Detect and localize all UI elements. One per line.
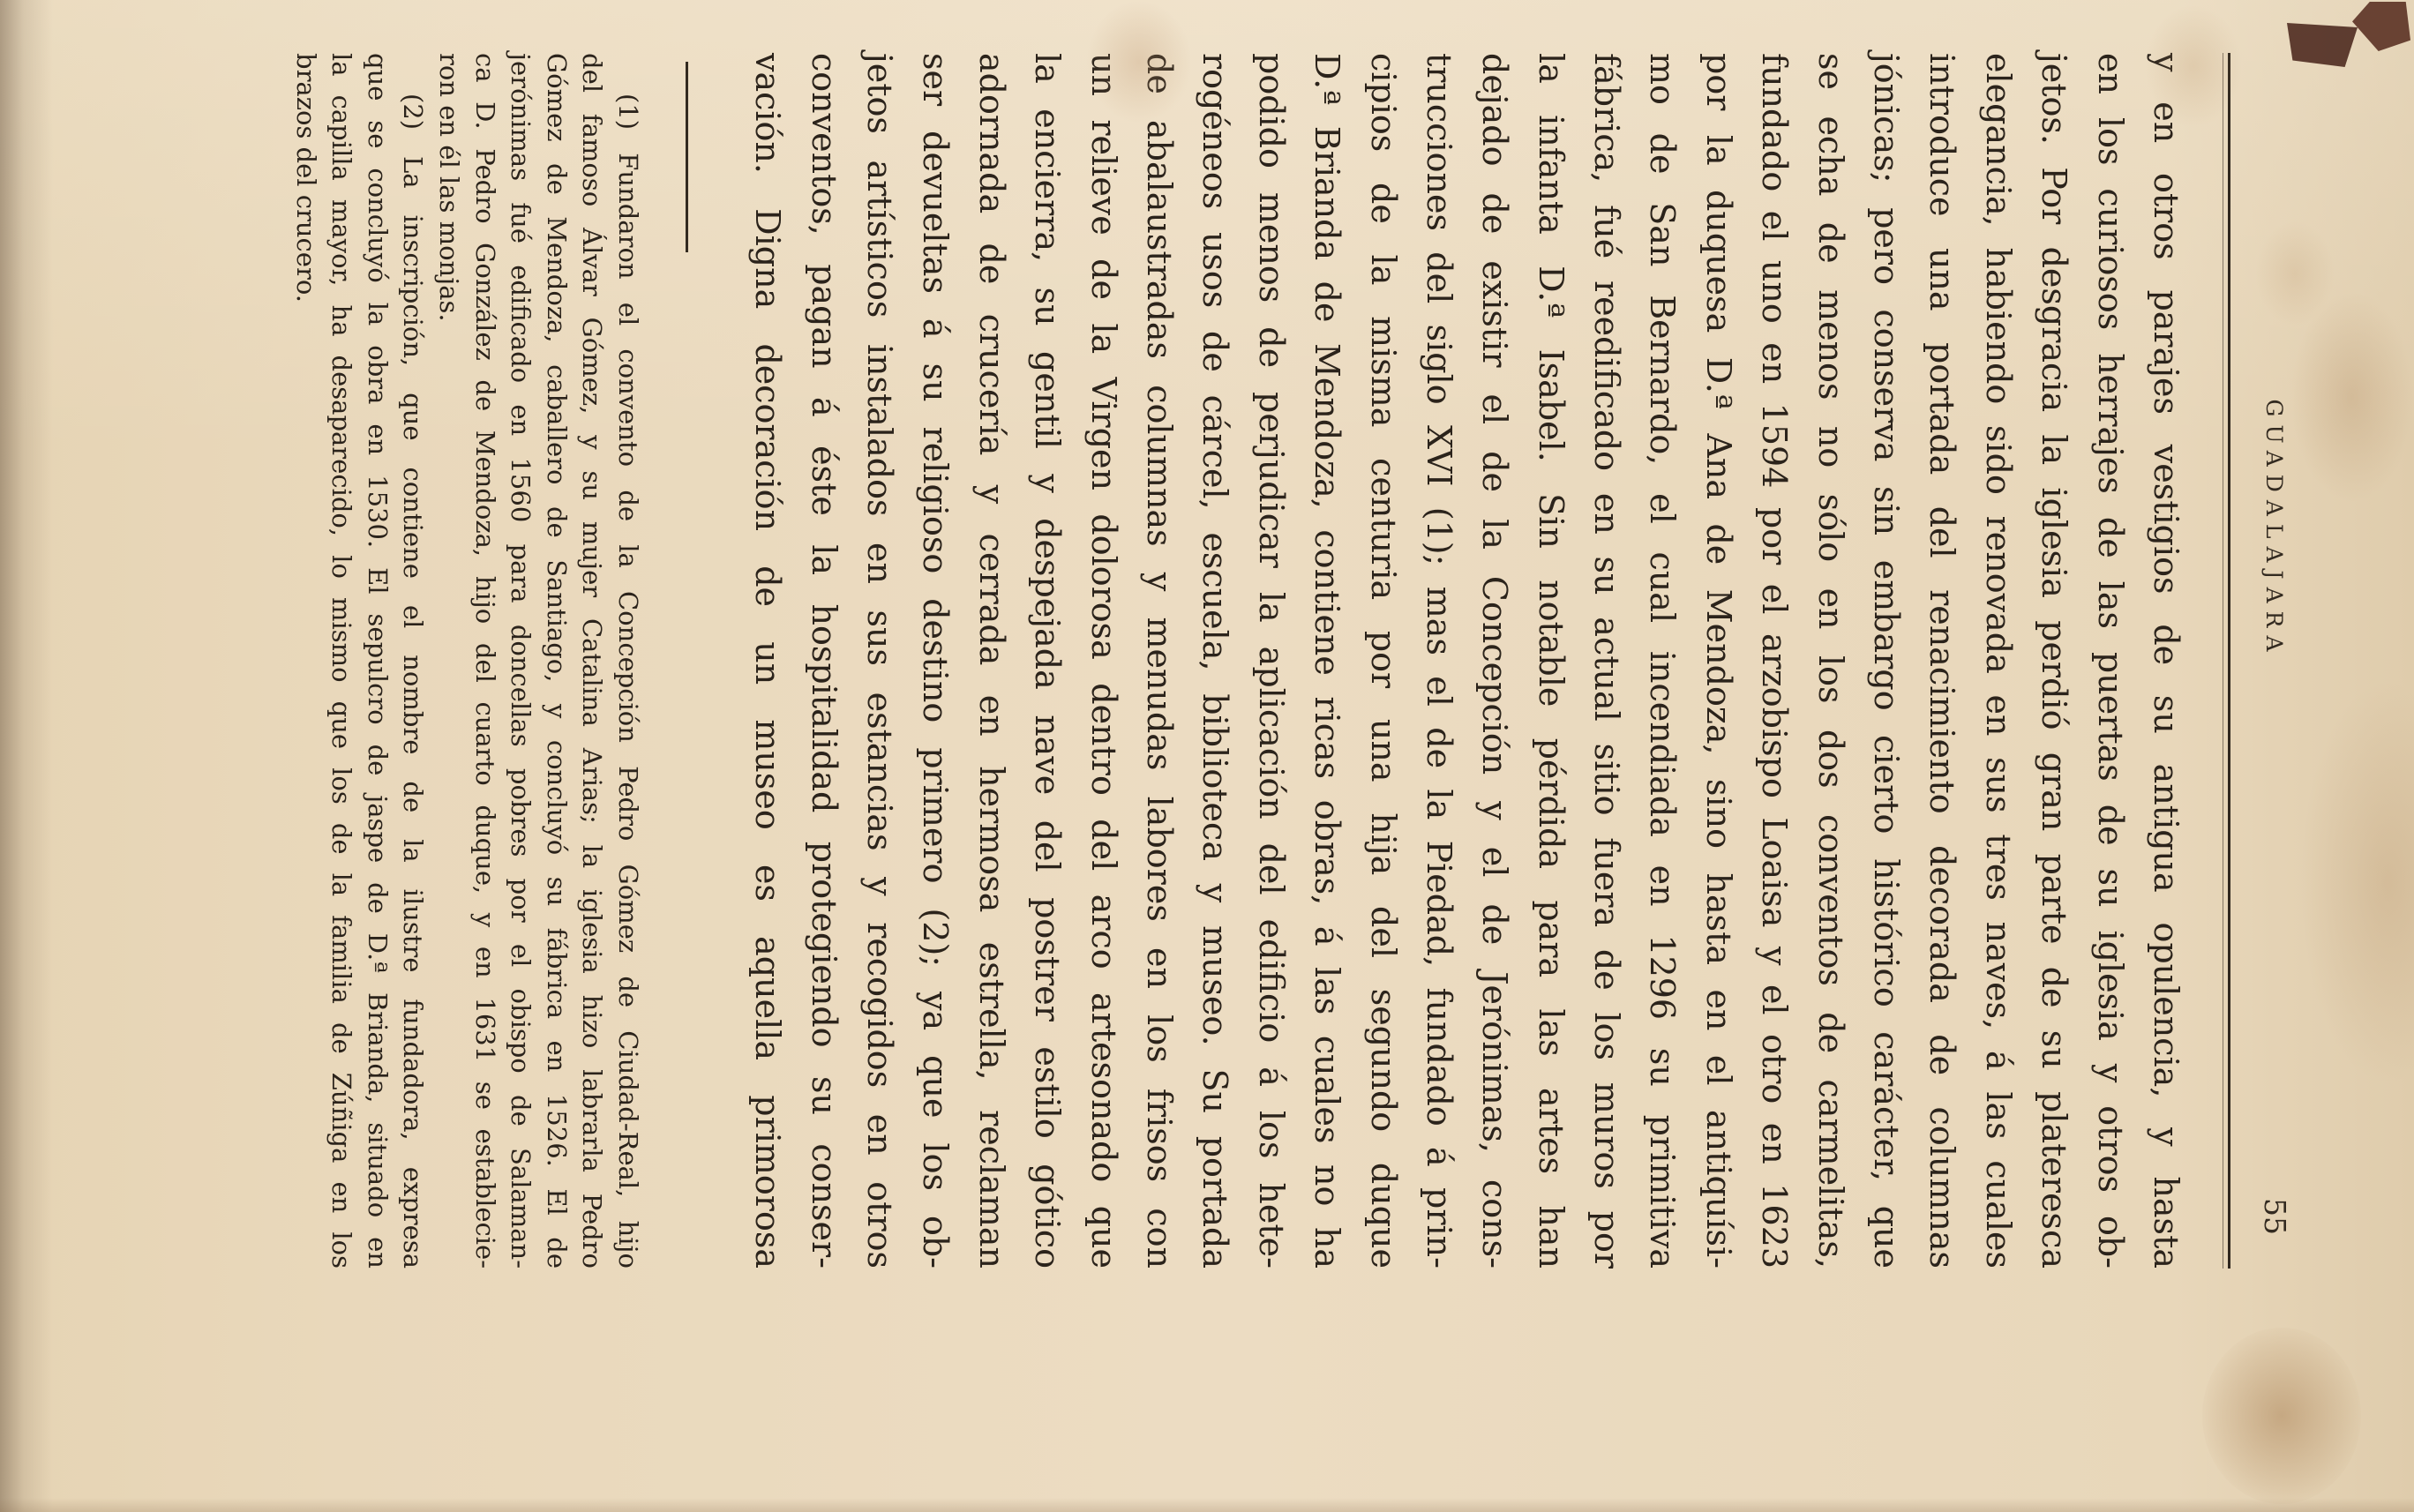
text-line: introduce una portada del renacimiento d… xyxy=(1914,53,1969,1269)
text-line: un relieve de la Virgen dolorosa dentro … xyxy=(1075,53,1130,1269)
text-line: la infanta D.ª Isabel. Sin notable pérdi… xyxy=(1522,53,1578,1269)
text-line: del famoso Álvar Gómez, y su mujer Catal… xyxy=(574,53,611,1269)
text-line: (2) La inscripción, que contiene el nomb… xyxy=(395,53,431,1269)
text-line: ser devueltas á su religioso destino pri… xyxy=(907,53,963,1269)
text-line: D.ª Brianda de Mendoza, contiene ricas o… xyxy=(1299,53,1354,1269)
footnotes-block: (1) Fundaron el convento de la Concepció… xyxy=(288,53,646,1269)
text-line: cipios de la misma centuria por una hija… xyxy=(1354,53,1410,1269)
text-line: la capilla mayor, ha desaparecido, lo mi… xyxy=(324,53,360,1269)
text-line: podido menos de perjudicar la aplicación… xyxy=(1242,53,1298,1269)
text-line: la encierra, su gentil y despejada nave … xyxy=(1019,53,1075,1269)
foxing-stain xyxy=(2202,1328,2361,1504)
text-line: rogéneos usos de cárcel, escuela, biblio… xyxy=(1187,53,1242,1269)
scanned-book-page-screenshot: GUADALAJARA 55 y en otros parajes vestig… xyxy=(0,0,2414,1512)
footnote-2: (2) La inscripción, que contiene el nomb… xyxy=(288,53,431,1269)
page-edge-shadow xyxy=(0,1498,2414,1512)
text-line: jetos. Por desgracia la iglesia perdió g… xyxy=(2026,53,2081,1269)
text-line: de abalaustradas columnas y menudas labo… xyxy=(1131,53,1187,1269)
footnote-separator-rule xyxy=(686,62,688,252)
header-rule-echo xyxy=(2223,53,2223,1269)
header-rule xyxy=(2228,53,2230,1269)
scan-corner-mark xyxy=(2352,2,2410,51)
text-line: (1) Fundaron el convento de la Concepció… xyxy=(610,53,646,1269)
text-line: brazos del crucero. xyxy=(288,53,324,1269)
main-text-block: y en otros parajes vestigios de su antig… xyxy=(739,53,2193,1269)
text-line: fábrica, fué reedificado en su actual si… xyxy=(1578,53,1634,1269)
text-line: trucciones del siglo XVI (1); mas el de … xyxy=(1411,53,1466,1269)
text-line: mo de San Bernardo, el cual incendiada e… xyxy=(1634,53,1690,1269)
text-line: vación. Digna decoración de un museo es … xyxy=(739,53,795,1269)
footnote-1: (1) Fundaron el convento de la Concepció… xyxy=(431,53,646,1269)
text-line: adornada de crucería y cerrada en hermos… xyxy=(963,53,1018,1269)
text-line: que se concluyó la obra en 1530. El sepu… xyxy=(359,53,395,1269)
foxing-stain xyxy=(2290,291,2414,503)
page-edge-shadow xyxy=(0,0,53,1512)
scan-corner-mark xyxy=(2287,23,2358,67)
text-line: jónicas; pero conserva sin embargo ciert… xyxy=(1858,53,1914,1269)
text-line: conventos, pagan á éste la hospitalidad … xyxy=(795,53,851,1269)
text-line: jetos artísticos instalados en sus estan… xyxy=(851,53,907,1269)
page-number: 55 xyxy=(2258,1198,2292,1235)
book-page-scan: GUADALAJARA 55 y en otros parajes vestig… xyxy=(0,0,2414,1512)
text-line: y en otros parajes vestigios de su antig… xyxy=(2138,53,2193,1269)
text-line: dejado de existir el de la Concepción y … xyxy=(1466,53,1522,1269)
text-line: Gómez de Mendoza, caballero de Santiago,… xyxy=(538,53,574,1269)
text-line: jerónimas fué edificado en 1560 para don… xyxy=(503,53,539,1269)
text-line: ron en él las monjas. xyxy=(431,53,467,1269)
text-line: se echa de menos no sólo en los dos conv… xyxy=(1802,53,1857,1269)
running-header-title: GUADALAJARA xyxy=(2261,0,2287,1059)
foxing-stain xyxy=(2299,679,2414,1085)
text-line: por la duquesa D.ª Ana de Mendoza, sino … xyxy=(1690,53,1745,1269)
text-line: elegancia, habiendo sido renovada en sus… xyxy=(1969,53,2025,1269)
text-line: fundado el uno en 1594 por el arzobispo … xyxy=(1746,53,1802,1269)
text-line: en los curiosos herrajes de las puertas … xyxy=(2081,53,2137,1269)
text-line: ca D. Pedro González de Mendoza, hijo de… xyxy=(467,53,503,1269)
